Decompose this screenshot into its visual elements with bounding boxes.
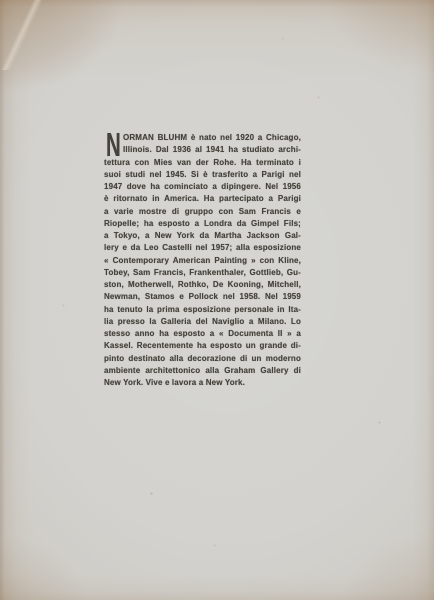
text-line: stesso anno ha esposto a « Documenta II … [104, 328, 301, 340]
biography-paragraph: N ORMAN BLUHM è nato nel 1920 a Chicago,… [104, 132, 301, 389]
text-line: è ritornato in America. Ha partecipato a… [104, 193, 301, 205]
text-line: Kassel. Recentemente ha esposto un grand… [104, 340, 301, 352]
text-line: 1947 dove ha cominciato a dipingere. Nel… [104, 181, 301, 193]
paper-crease [0, 0, 210, 70]
text-line: Riopelle; ha esposto a Londra da Gimpel … [104, 218, 301, 230]
paragraph-lines: ORMAN BLUHM è nato nel 1920 a Chicago,Il… [104, 132, 301, 389]
text-line: ambiente architettonico alla Graham Gall… [104, 365, 301, 377]
scanned-page: N ORMAN BLUHM è nato nel 1920 a Chicago,… [0, 0, 434, 600]
text-line: pinto destinato alla decorazione di un m… [104, 353, 301, 365]
text-line: Newman, Stamos e Pollock nel 1958. Nel 1… [104, 291, 301, 303]
text-line: Illinois. Dal 1936 al 1941 ha studiato a… [104, 144, 301, 156]
text-line: tettura con Mies van der Rohe. Ha termin… [104, 157, 301, 169]
text-line: « Contemporary American Painting » con K… [104, 255, 301, 267]
text-line: Tobey, Sam Francis, Frankenthaler, Gottl… [104, 267, 301, 279]
text-line: ha tenuto la prima esposizione personale… [104, 304, 301, 316]
text-line: lia presso la Galleria del Naviglio a Mi… [104, 316, 301, 328]
text-line: lery e da Leo Castelli nel 1957; alla es… [104, 242, 301, 254]
dropcap-letter: N [106, 126, 121, 164]
text-line: a varie mostre di gruppo con Sam Francis… [104, 206, 301, 218]
text-line: ORMAN BLUHM è nato nel 1920 a Chicago, [104, 132, 301, 144]
text-line: New York. Vive e lavora a New York. [104, 377, 301, 389]
text-line: a Tokyo, a New York da Martha Jackson Ga… [104, 230, 301, 242]
text-line: ston, Motherwell, Rothko, De Kooning, Mi… [104, 279, 301, 291]
text-line: suoi studi nel 1945. Si è trasferito a P… [104, 169, 301, 181]
paper-specks [0, 0, 1, 1]
